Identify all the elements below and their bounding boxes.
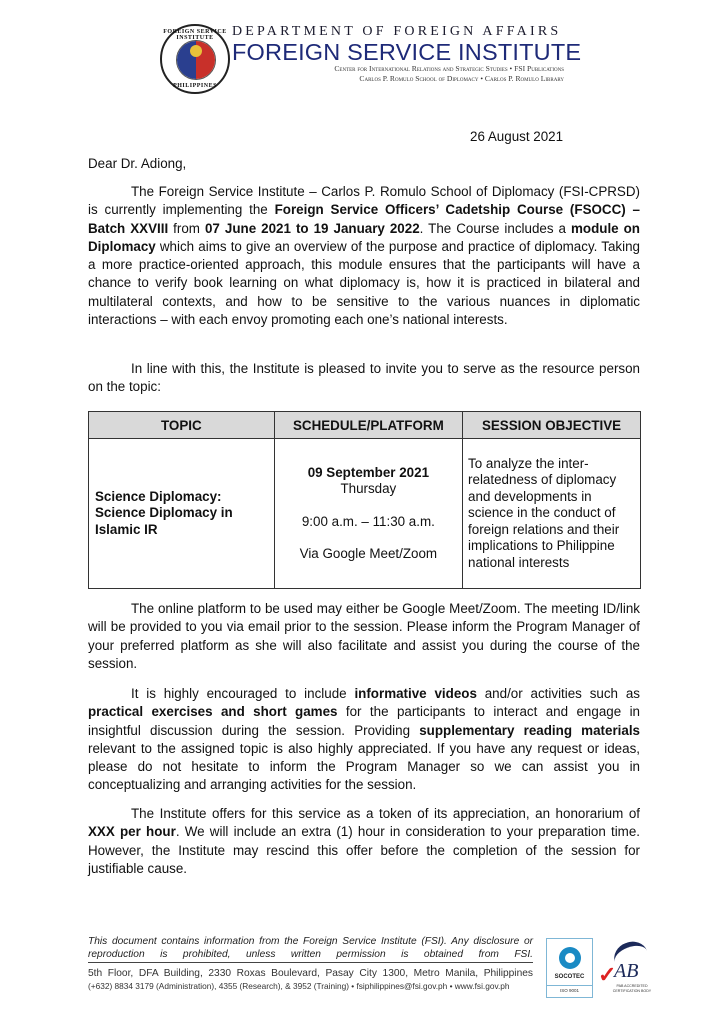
fsi-seal-logo: FOREIGN SERVICE INSTITUTE PHILIPPINES [160, 24, 230, 94]
paragraph-honorarium: The Institute offers for this service as… [88, 805, 640, 878]
paragraph-invitation: In line with this, the Institute is plea… [88, 360, 640, 397]
footer-contact: (+632) 8834 3179 (Administration), 4355 … [88, 980, 533, 992]
table-row: Science Diplomacy: Science Diplomacy in … [89, 439, 641, 589]
session-table: TOPIC SCHEDULE/PLATFORM SESSION OBJECTIV… [88, 411, 641, 589]
schedule-platform: Via Google Meet/Zoom [276, 546, 461, 563]
paragraph-materials: It is highly encouraged to include infor… [88, 685, 640, 795]
letterhead-subline-1: Center for International Relations and S… [232, 64, 572, 74]
paragraph-intro: The Foreign Service Institute – Carlos P… [88, 183, 640, 329]
salutation: Dear Dr. Adiong, [88, 156, 186, 171]
seal-shield-icon [176, 40, 216, 80]
cell-schedule: 09 September 2021 Thursday 9:00 a.m. – 1… [274, 439, 462, 589]
socotec-iso-logo: SOCOTEC ISO 9001 [546, 938, 593, 998]
header-objective: SESSION OBJECTIVE [463, 412, 641, 439]
schedule-time: 9:00 a.m. – 11:30 a.m. [276, 514, 461, 531]
letterhead-subline-2: Carlos P. Romulo School of Diplomacy • C… [232, 74, 572, 84]
header-schedule: SCHEDULE/PLATFORM [274, 412, 462, 439]
seal-bottom-text: PHILIPPINES [162, 83, 228, 89]
sun-icon [190, 45, 202, 57]
cell-objective: To analyze the inter-relatedness of dipl… [463, 439, 641, 589]
schedule-date: 09 September 2021 [276, 465, 461, 482]
socotec-ring-icon [559, 947, 581, 969]
table-header-row: TOPIC SCHEDULE/PLATFORM SESSION OBJECTIV… [89, 412, 641, 439]
schedule-day: Thursday [276, 481, 461, 498]
institute-name: FOREIGN SERVICE INSTITUTE [232, 40, 572, 64]
header-topic: TOPIC [89, 412, 275, 439]
department-name: DEPARTMENT OF FOREIGN AFFAIRS [232, 24, 572, 40]
footer-disclaimer: This document contains information from … [88, 936, 533, 961]
letterhead: FOREIGN SERVICE INSTITUTE PHILIPPINES DE… [160, 24, 580, 100]
paragraph-platform: The online platform to be used may eithe… [88, 600, 640, 673]
cell-topic: Science Diplomacy: Science Diplomacy in … [89, 439, 275, 589]
pab-accreditation-logo: ✓ AB PAB ACCREDITED CERTIFICATION BODY [596, 940, 656, 998]
footer-divider [88, 962, 533, 963]
footer-address: 5th Floor, DFA Building, 2330 Roxas Boul… [88, 967, 533, 980]
letter-date: 26 August 2021 [470, 129, 563, 144]
